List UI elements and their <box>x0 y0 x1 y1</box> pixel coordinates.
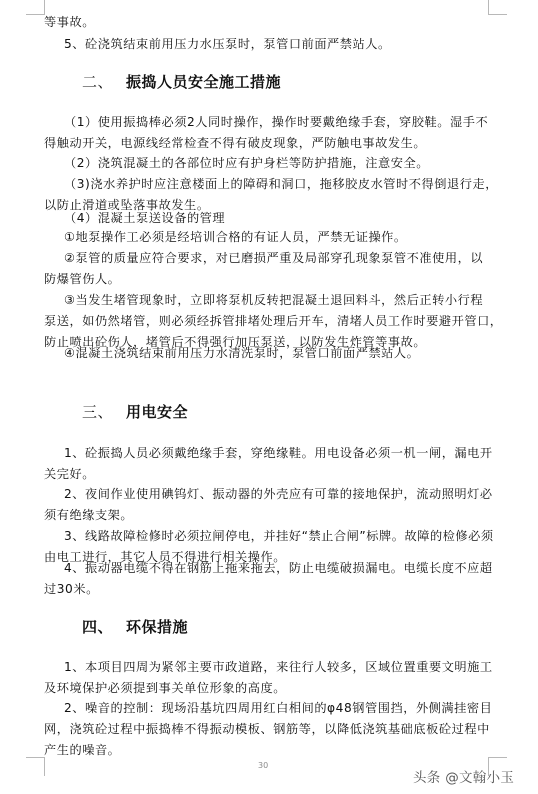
section-title: 振捣人员安全施工措施 <box>126 73 281 91</box>
document-page: 等事故。 5、砼浇筑结束前用压力水压泵时，泵管口前面严禁站人。 二、振捣人员安全… <box>0 0 538 794</box>
paragraph-line: （4）混凝土泵送设备的管理 <box>64 210 225 226</box>
paragraph-line: 防爆管伤人。 <box>44 271 120 287</box>
section-heading: 三、用电安全 <box>82 402 188 422</box>
section-number: 四、 <box>82 617 126 637</box>
section-title: 环保措施 <box>126 618 188 636</box>
paragraph-line: ④混凝土浇筑结束前用压力水清洗泵时，泵管口前面严禁站人。 <box>64 345 419 361</box>
paragraph-line: 2、噪音的控制：现场沿基坑四周用红白相间的φ48钢管围挡，外侧满挂密目 <box>64 700 492 716</box>
crop-mark-top-left <box>26 0 45 15</box>
paragraph-line: 关完好。 <box>44 466 95 482</box>
paragraph-line: （3)浇水养护时应注意楼面上的障碍和洞口，拖移胶皮水管时不得倒退行走， <box>64 176 498 192</box>
section-number: 二、 <box>82 72 126 92</box>
paragraph-line: 及环境保护必须提到事关单位形象的高度。 <box>44 680 286 696</box>
page-number: 30 <box>258 761 268 771</box>
section-heading: 二、振捣人员安全施工措施 <box>82 72 281 92</box>
section-heading: 四、环保措施 <box>82 617 188 637</box>
paragraph-line: 4、振动器电缆不得在钢筋上拖来拖去，防止电缆破损漏电。电缆长度不应超 <box>64 560 493 576</box>
paragraph-line: 3、线路故障检修时必须拉闸停电，并挂好“禁止合闸”标牌。故障的检修必须 <box>64 528 494 544</box>
paragraph-line: 得触动开关，电源线经常检查不得有破皮现象，严防触电事故发生。 <box>44 135 426 151</box>
paragraph-line: 过30米。 <box>44 581 99 597</box>
paragraph-line: 网，浇筑砼过程中振捣棒不得振动模板、钢筋等，以降低浇筑基础底板砼过程中 <box>44 721 490 737</box>
paragraph-line: ②泵管的质量应符合要求，对已磨损严重及局部穿孔现象泵管不准使用，以 <box>64 250 483 266</box>
crop-mark-top-right <box>488 0 507 15</box>
paragraph-line: 产生的噪音。 <box>44 742 120 758</box>
paragraph-line: 等事故。 <box>44 14 95 30</box>
paragraph-line: 1、砼振捣人员必须戴绝缘手套，穿绝缘鞋。用电设备必须一机一闸，漏电开 <box>64 445 493 461</box>
paragraph-line: 5、砼浇筑结束前用压力水压泵时，泵管口前面严禁站人。 <box>64 36 391 52</box>
paragraph-line: 2、夜间作业使用碘钨灯、振动器的外壳应有可靠的接地保护，流动照明灯必 <box>64 486 493 502</box>
section-title: 用电安全 <box>126 403 188 421</box>
paragraph-line: （2）浇筑混凝土的各部位时应有护身栏等防护措施，注意安全。 <box>64 155 429 171</box>
paragraph-line: ③当发生堵管现象时，立即将泵机反转把混凝土退回料斗，然后正转小行程 <box>64 292 483 308</box>
paragraph-line: （1）使用振捣棒必须2人同时操作，操作时要戴绝缘手套，穿胶鞋。湿手不 <box>64 114 488 130</box>
paragraph-line: 须有绝缘支架。 <box>44 507 133 523</box>
section-number: 三、 <box>82 402 126 422</box>
paragraph-line: 泵送，如仍然堵管，则必须经拆管排堵处理后开车，清堵人员工作时要避开管口， <box>44 313 503 329</box>
paragraph-line: 1、本项目四周为紧邻主要市政道路，来往行人较多，区域位置重要文明施工 <box>64 659 493 675</box>
watermark: 头条 @文翰小玉 <box>413 770 514 786</box>
paragraph-line: ①地泵操作工必须是经培训合格的有证人员，严禁无证操作。 <box>64 229 407 245</box>
crop-mark-bottom-left <box>26 757 45 776</box>
